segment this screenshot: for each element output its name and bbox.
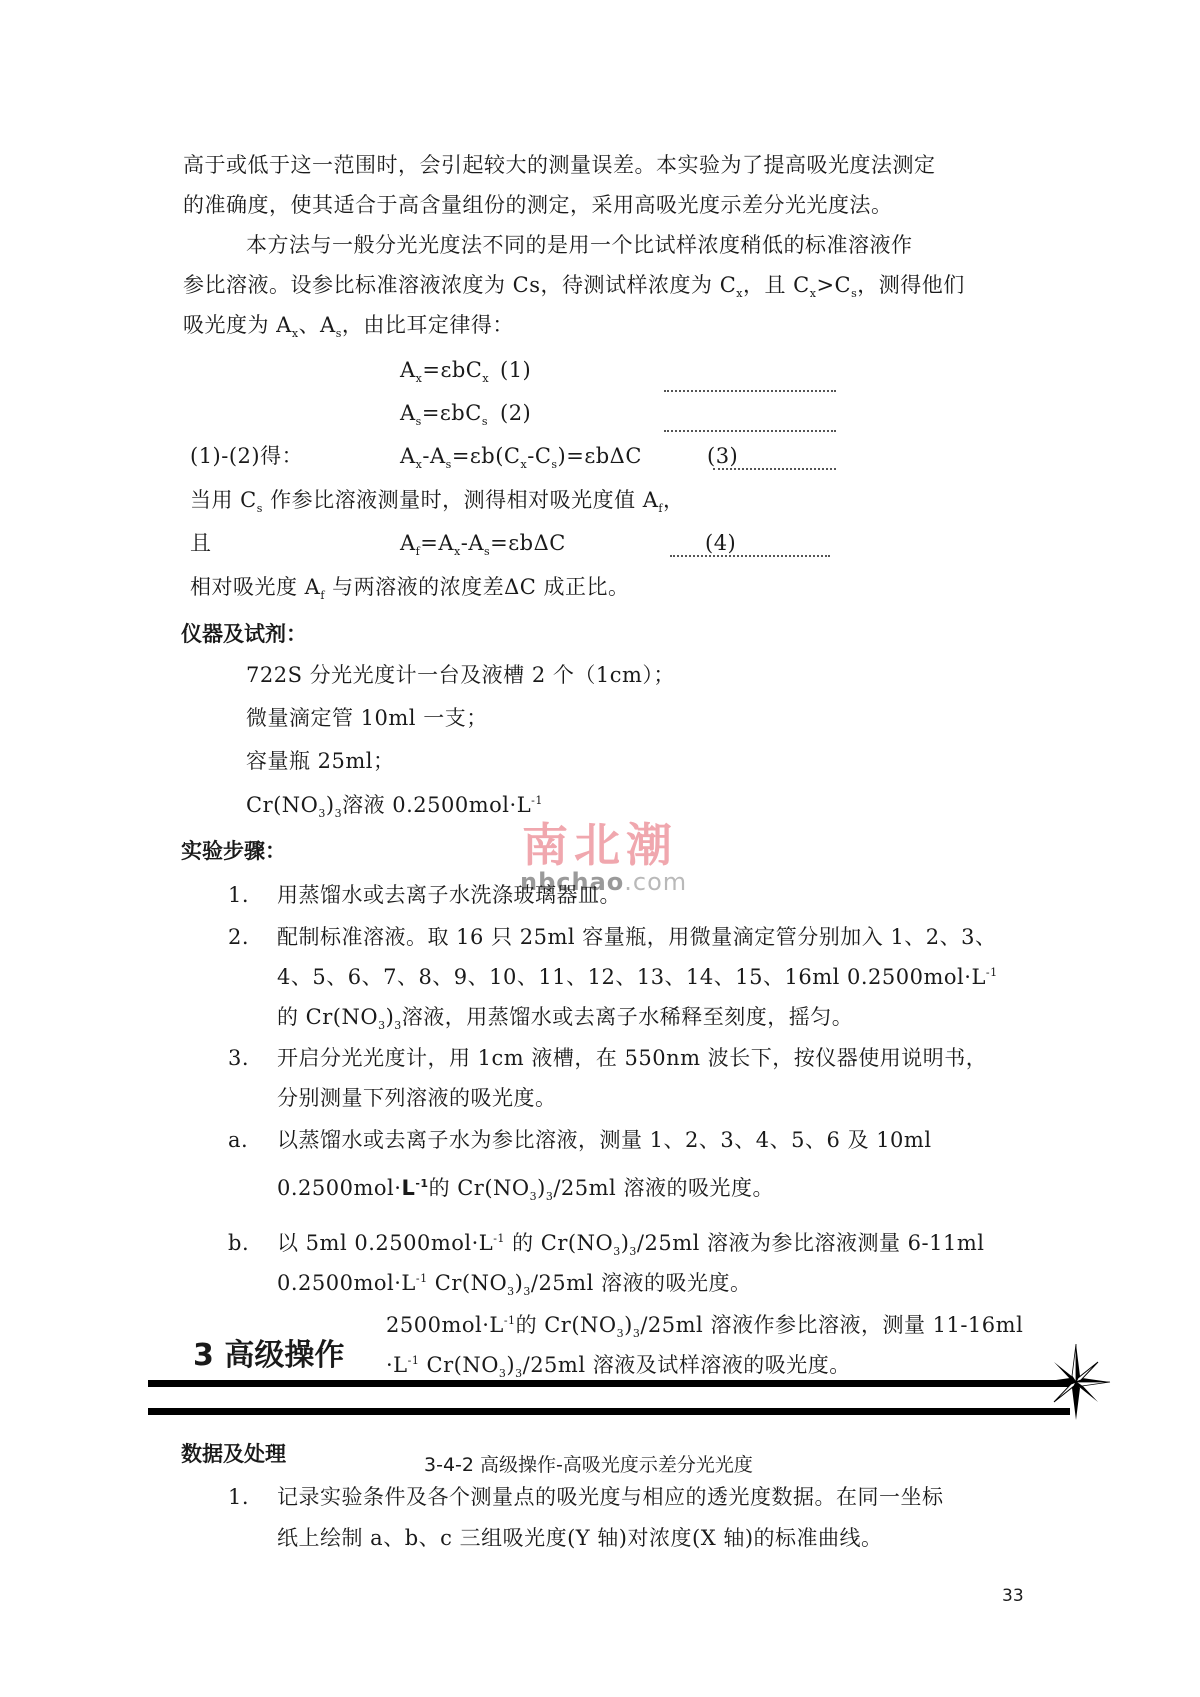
instrument-item: 容量瓶 25ml； bbox=[246, 748, 395, 774]
substep-text: 以蒸馏水或去离子水为参比溶液，测量 1、2、3、4、5、6 及 10ml bbox=[277, 1127, 932, 1153]
equation-4: Af=Ax-As=εbΔC bbox=[400, 530, 566, 556]
equation-3-prefix: (1)-(2)得： bbox=[190, 443, 303, 469]
intro-line-3: 本方法与一般分光光度法不同的是用一个比试样浓度稍低的标准溶液作 bbox=[246, 232, 913, 258]
dotted-leader-4 bbox=[670, 555, 830, 557]
page-number: 33 bbox=[1002, 1586, 1024, 1606]
dotted-leader-1 bbox=[664, 390, 836, 392]
intro-line-5: 吸光度为 Ax、As，由比耳定律得： bbox=[183, 312, 514, 338]
data-processing-heading: 数据及处理 bbox=[181, 1438, 286, 1468]
substep-label: a. bbox=[228, 1127, 248, 1153]
equation-3: Ax-As=εb(Cx-Cs)=εbΔC bbox=[400, 443, 642, 469]
equation-1: Ax=εbCx bbox=[400, 357, 489, 383]
substep-text: 以 5ml 0.2500mol·L-1 的 Cr(NO3)3/25ml 溶液为参… bbox=[277, 1230, 984, 1256]
data-item-text: 纸上绘制 a、b、c 三组吸光度(Y 轴)对浓度(X 轴)的标准曲线。 bbox=[277, 1525, 883, 1551]
step-number: 3. bbox=[228, 1045, 249, 1071]
divider-rule-top bbox=[148, 1380, 1070, 1387]
step-number: 1. bbox=[228, 882, 249, 908]
substep-text: 0.2500mol·L-1的 Cr(NO3)3/25ml 溶液的吸光度。 bbox=[277, 1175, 774, 1201]
equation-2-number: (2) bbox=[500, 400, 531, 426]
instrument-item: Cr(NO3)3溶液 0.2500mol·L-1 bbox=[246, 792, 543, 818]
instruments-heading: 仪器及试剂： bbox=[181, 618, 307, 648]
intro-line-2: 的准确度，使其适合于高含量组份的测定，采用高吸光度示差分光光度法。 bbox=[183, 192, 893, 218]
substep-text: 0.2500mol·L-1 Cr(NO3)3/25ml 溶液的吸光度。 bbox=[277, 1270, 751, 1296]
equation-note: 当用 Cs 作参比溶液测量时，测得相对吸光度值 Af， bbox=[190, 487, 685, 513]
watermark-cn: 南北潮 bbox=[520, 820, 680, 870]
substep-text: ·L-1 Cr(NO3)3/25ml 溶液及试样溶液的吸光度。 bbox=[386, 1352, 851, 1378]
dotted-leader-2 bbox=[664, 430, 836, 432]
equation-3-number: (3) bbox=[707, 443, 738, 469]
chapter-title: 3 高级操作 bbox=[193, 1330, 344, 1374]
equation-4-number: (4) bbox=[705, 530, 736, 556]
divider-rule-bottom bbox=[148, 1408, 1070, 1415]
equation-1-number: (1) bbox=[500, 357, 531, 383]
step-text: 用蒸馏水或去离子水洗涤玻璃器皿。 bbox=[277, 882, 621, 908]
equation-2: As=εbCs bbox=[400, 400, 488, 426]
dotted-leader-3 bbox=[713, 468, 836, 470]
equation-4-prefix: 且 bbox=[190, 530, 212, 556]
substep-text: 2500mol·L-1的 Cr(NO3)3/25ml 溶液作参比溶液，测量 11… bbox=[386, 1312, 1023, 1338]
instrument-item: 722S 分光光度计一台及液槽 2 个（1cm）； bbox=[246, 662, 675, 688]
step-text: 的 Cr(NO3)3溶液，用蒸馏水或去离子水稀释至刻度，摇匀。 bbox=[277, 1004, 853, 1030]
compass-star-icon bbox=[1040, 1342, 1112, 1422]
step-number: 2. bbox=[228, 924, 249, 950]
procedure-heading: 实验步骤： bbox=[181, 835, 286, 865]
data-item-text: 记录实验条件及各个测量点的吸光度与相应的透光度数据。在同一坐标 bbox=[277, 1484, 944, 1510]
instrument-item: 微量滴定管 10ml 一支； bbox=[246, 705, 488, 731]
data-item-number: 1. bbox=[228, 1484, 249, 1510]
running-caption: 3-4-2 高级操作-高吸光度示差分光光度 bbox=[424, 1450, 753, 1477]
step-text: 分别测量下列溶液的吸光度。 bbox=[277, 1085, 557, 1111]
step-text: 4、5、6、7、8、9、10、11、12、13、14、15、16ml 0.250… bbox=[277, 964, 998, 990]
step-text: 开启分光光度计，用 1cm 液槽，在 550nm 波长下，按仪器使用说明书， bbox=[277, 1045, 987, 1071]
equation-conclusion: 相对吸光度 Af 与两溶液的浓度差ΔC 成正比。 bbox=[190, 574, 630, 600]
substep-label: b. bbox=[228, 1230, 249, 1256]
intro-line-4: 参比溶液。设参比标准溶液浓度为 Cs，待测试样浓度为 Cx，且 Cx>Cs，测得… bbox=[183, 272, 965, 298]
step-text: 配制标准溶液。取 16 只 25ml 容量瓶，用微量滴定管分别加入 1、2、3、 bbox=[277, 924, 997, 950]
intro-line-1: 高于或低于这一范围时，会引起较大的测量误差。本实验为了提高吸光度法测定 bbox=[183, 152, 936, 178]
